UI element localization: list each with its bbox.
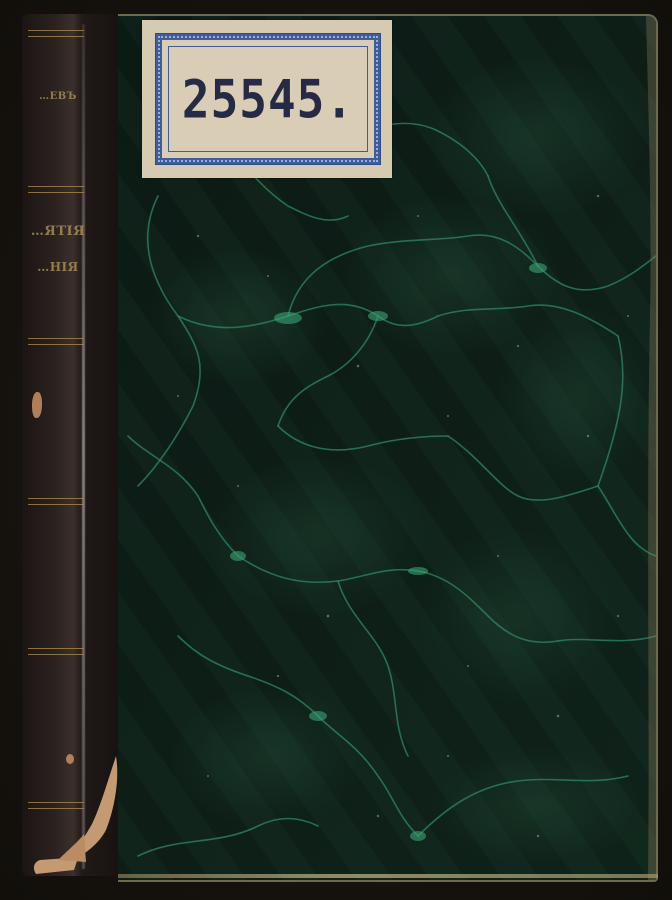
spine-gilt-band	[28, 648, 84, 655]
spine-gilt-band	[28, 30, 84, 37]
label-ornamental-frame: 25545.	[156, 34, 380, 164]
cover-bottom-edge	[118, 874, 658, 878]
label-number-text: 25545.	[182, 68, 354, 130]
spine-gilt-band	[28, 186, 84, 193]
spine-wear-spot	[32, 392, 42, 418]
spine-title-text: …ЯТІЯ	[28, 224, 88, 239]
book-spine: …ЕВЪ …ЯТІЯ …НІЯ	[22, 14, 120, 876]
spine-subtitle-text: …НІЯ	[28, 260, 88, 274]
library-number-label: 25545.	[142, 20, 392, 178]
torn-corner-damage	[28, 750, 128, 880]
spine-author-text: …ЕВЪ	[28, 91, 88, 102]
spine-gilt-band	[28, 498, 84, 505]
spine-gilt-band	[28, 338, 84, 345]
spine-highlight	[82, 24, 85, 869]
